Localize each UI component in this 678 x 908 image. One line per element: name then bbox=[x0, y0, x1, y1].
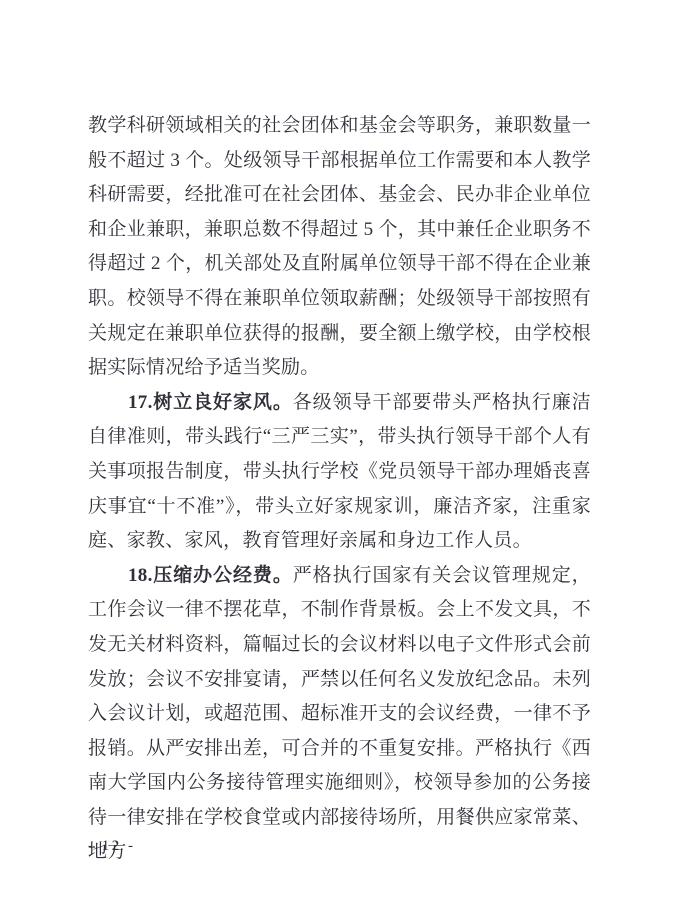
document-page: 教学科研领域相关的社会团体和基金会等职务，兼职数量一般不超过 3 个。处级领导干… bbox=[88, 109, 591, 870]
page-number: - 12 - bbox=[88, 838, 136, 855]
paragraph-text: 教学科研领域相关的社会团体和基金会等职务，兼职数量一般不超过 3 个。处级领导干… bbox=[88, 115, 591, 378]
paragraph-text: 各级领导干部要带头严格执行廉洁自律准则，带头践行“三严三实”，带头执行领导干部个… bbox=[88, 392, 591, 551]
paragraph-lead: 18.压缩办公经费。 bbox=[128, 565, 293, 586]
paragraph-lead: 17.树立良好家风。 bbox=[128, 392, 293, 413]
paragraph-item-17: 17.树立良好家风。各级领导干部要带头严格执行廉洁自律准则，带头践行“三严三实”… bbox=[88, 386, 591, 559]
paragraph-continuation: 教学科研领域相关的社会团体和基金会等职务，兼职数量一般不超过 3 个。处级领导干… bbox=[88, 109, 591, 386]
paragraph-text: 严格执行国家有关会议管理规定，工作会议一律不摆花草，不制作背景板。会上不发文具，… bbox=[88, 565, 591, 863]
paragraph-item-18: 18.压缩办公经费。严格执行国家有关会议管理规定，工作会议一律不摆花草，不制作背… bbox=[88, 559, 591, 870]
